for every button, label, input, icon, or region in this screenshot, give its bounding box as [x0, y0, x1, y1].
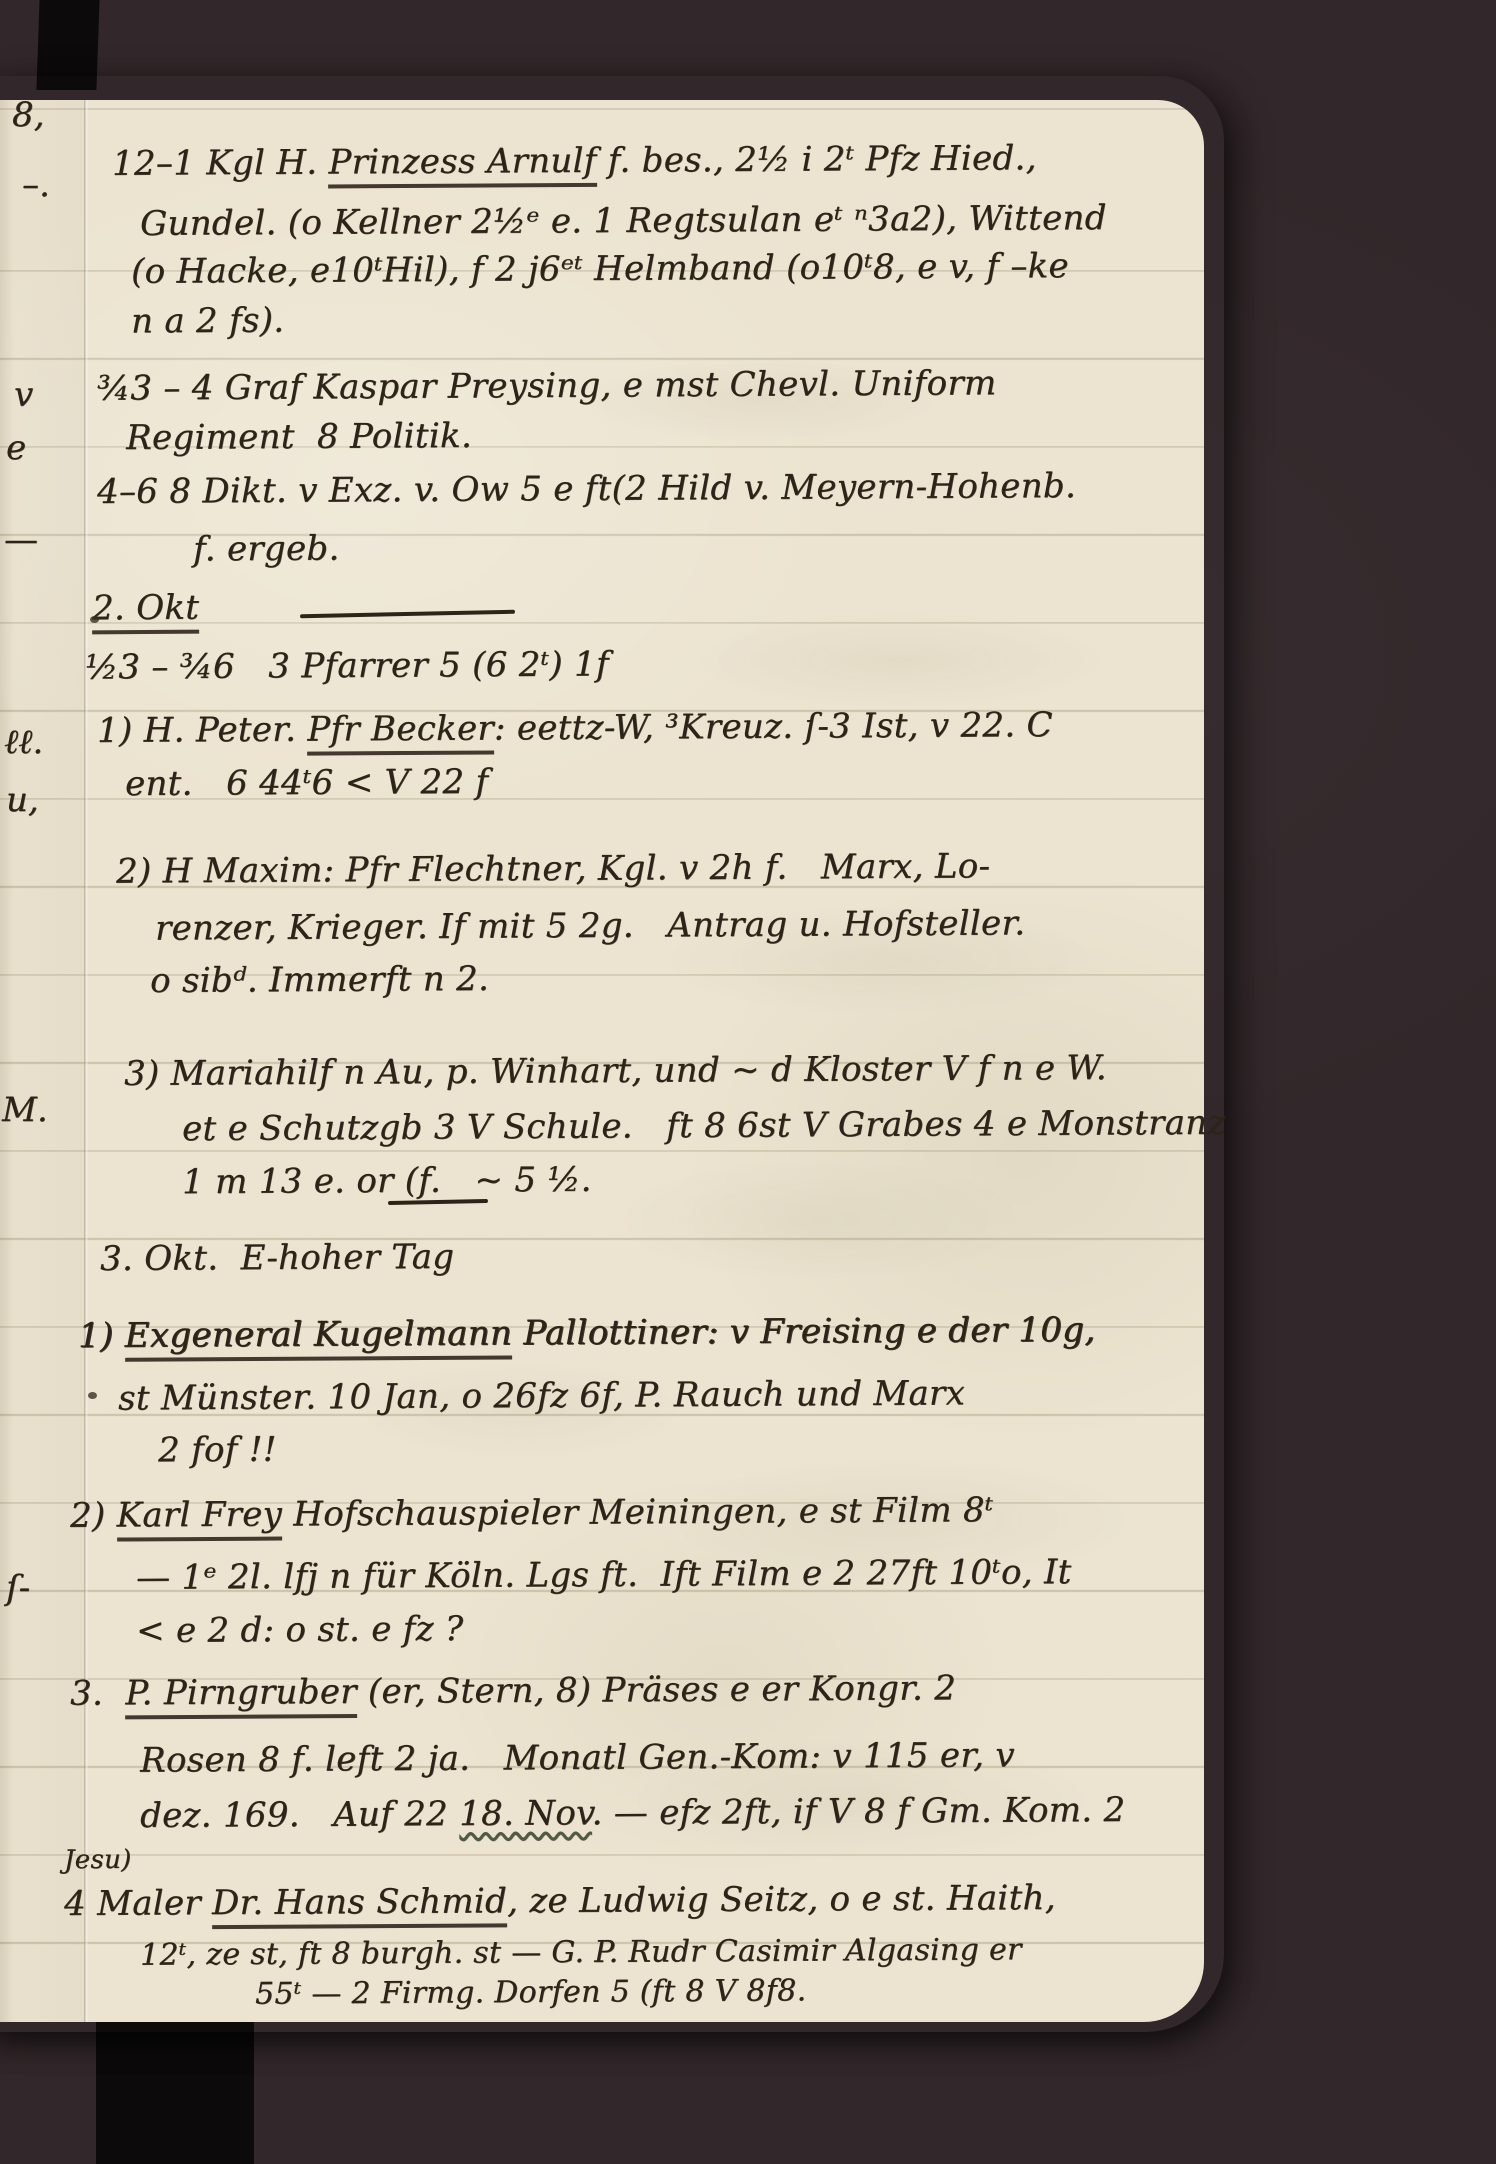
manuscript-line: 4–6 8 Dikt. v Exz. v. Ow 5 e ft(2 Hild v… [97, 468, 1076, 511]
manuscript-line: 1 m 13 e. or (f. ~ 5 ½. [182, 1162, 592, 1202]
manuscript-line: 4 Maler Dr. Hans Schmid, ze Ludwig Seitz… [64, 1880, 1056, 1923]
handwriting-text: 55ᵗ — 2 Firmg. Dorfen 5 (ft 8 V 8f8. [255, 1973, 807, 2011]
underlined-name: 18. Nov [459, 1793, 592, 1834]
handwriting-text: (o Hacke, e10ᵗHil), f 2 j6ᵉᵗ Helmband (o… [131, 246, 1069, 292]
handwriting-text: , ze Ludwig Seitz, o e st. Haith, [507, 1878, 1056, 1921]
manuscript-line: 3) Mariahilf n Au, p. Winhart, und ~ d K… [124, 1050, 1107, 1093]
ink-rule [388, 1199, 488, 1205]
underlined-name: Karl Frey [116, 1495, 282, 1542]
handwriting-text: — 1ᵉ 2l. lfj n für Köln. Lgs ft. Ift Fil… [136, 1552, 1072, 1598]
underlined-name: Prinzess Arnulf [328, 141, 596, 189]
manuscript-line: 1) H. Peter. Pfr Becker: eettz-W, ³Kreuz… [97, 707, 1053, 750]
handwriting-text: 1) [78, 1316, 125, 1356]
manuscript-line: — 1ᵉ 2l. lfj n für Köln. Lgs ft. Ift Fil… [136, 1554, 1072, 1597]
manuscript-line: 12ᵗ, ze st, ft 8 burgh. st — G. P. Rudr … [140, 1933, 1022, 1971]
handwriting-text: 2) H Maxim: Pfr Flechtner, Kgl. v 2h f. … [116, 846, 990, 891]
heading-2-okt: 2. Okt [92, 590, 199, 628]
handwriting-text: 3) Mariahilf n Au, p. Winhart, und ~ d K… [124, 1048, 1107, 1094]
handwriting-text: 2) [70, 1496, 117, 1536]
handwriting-layer: 12–1 Kgl H. Prinzess Arnulf f. bes., 2½ … [0, 0, 1496, 2164]
ink-dot [90, 616, 99, 623]
manuscript-line: ½3 – ¾6 3 Pfarrer 5 (6 2ᵗ) 1f [85, 646, 609, 687]
ink-rule [300, 610, 515, 619]
manuscript-line: f. ergeb. [193, 531, 340, 569]
margin-fragment: u, [6, 780, 39, 820]
handwriting-text: ¾3 – 4 Graf Kaspar Preysing, e mst Chevl… [97, 363, 997, 408]
manuscript-line: et e Schutzgb 3 V Schule. ft 8 6st V Gra… [182, 1105, 1226, 1149]
underlined-name: 2. Okt [92, 588, 199, 635]
handwriting-text: 12ᵗ, ze st, ft 8 burgh. st — G. P. Rudr … [140, 1932, 1022, 1972]
margin-fragment: ſ- [6, 1568, 30, 1608]
handwriting-text: . — efz 2ft, if V 8 f Gm. Kom. 2 [591, 1790, 1125, 1833]
manuscript-line: 1) Exgeneral Kugelmann Pallottiner: v Fr… [78, 1312, 1095, 1356]
manuscript-line: 2) H Maxim: Pfr Flechtner, Kgl. v 2h f. … [116, 848, 990, 891]
ink-dot [88, 1392, 97, 1399]
manuscript-line: 55ᵗ — 2 Firmg. Dorfen 5 (ft 8 V 8f8. [255, 1974, 807, 2010]
handwriting-text: 12–1 Kgl H. [112, 143, 329, 184]
margin-word-jesu: Jesu) [64, 1846, 132, 1875]
manuscript-line: Regiment 8 Politik. [126, 418, 472, 458]
handwriting-text: 1) H. Peter. [97, 710, 308, 751]
manuscript-line: o sibᵈ. Immerft n 2. [150, 961, 489, 1000]
handwriting-text: n a 2 fs). [131, 301, 285, 342]
handwriting-text: st Münster. 10 Jan, o 26fz 6f, P. Rauch … [118, 1373, 965, 1418]
handwriting-text: f. ergeb. [193, 529, 340, 570]
handwriting-text: : eettz-W, ³Kreuz. ſ-3 Ist, v 22. C [494, 705, 1053, 748]
handwriting-text: dez. 169. Auf 22 [140, 1794, 459, 1836]
photo-backdrop: 12–1 Kgl H. Prinzess Arnulf f. bes., 2½ … [0, 0, 1496, 2164]
manuscript-line: st Münster. 10 Jan, o 26fz 6f, P. Rauch … [118, 1375, 965, 1418]
handwriting-text: ½3 – ¾6 3 Pfarrer 5 (6 2ᵗ) 1f [85, 644, 609, 687]
manuscript-line: < e 2 d: o st. e fz ? [136, 1611, 464, 1650]
margin-fragment: –. [22, 165, 50, 205]
handwriting-text: f. bes., 2½ i 2ᵗ Pfz Hied., [596, 138, 1036, 181]
handwriting-text: Regiment 8 Politik. [126, 416, 472, 458]
margin-fragment: v [14, 375, 33, 415]
handwriting-text: 1 m 13 e. or (f. ~ 5 ½. [182, 1160, 592, 1203]
handwriting-text: Rosen 8 f. left 2 ja. Monatl Gen.-Kom: v… [140, 1735, 1015, 1780]
handwriting-text: (er, Stern, 8) Präses e er Kongr. 2 [357, 1668, 957, 1712]
margin-fragment: M. [2, 1090, 48, 1130]
handwriting-text: Hofschauspieler Meiningen, e st Film 8ᵗ [282, 1490, 994, 1534]
margin-fragment: e [6, 428, 26, 468]
underlined-name: Dr. Hans Schmid [212, 1881, 507, 1929]
handwriting-text: renzer, Krieger. If mit 5 2g. Antrag u. … [155, 903, 1026, 948]
handwriting-text: et e Schutzgb 3 V Schule. ft 8 6st V Gra… [182, 1103, 1226, 1149]
manuscript-line: ent. 6 44ᵗ6 < V 22 f [125, 764, 489, 804]
handwriting-text: < e 2 d: o st. e fz ? [136, 1609, 464, 1651]
margin-fragment: ℓℓ. [4, 722, 43, 762]
manuscript-line: Rosen 8 f. left 2 ja. Monatl Gen.-Kom: v… [140, 1737, 1015, 1780]
manuscript-line: 2) Karl Frey Hofschauspieler Meiningen, … [70, 1492, 994, 1535]
manuscript-line: dez. 169. Auf 22 18. Nov. — efz 2ft, if … [140, 1792, 1126, 1835]
handwriting-text: 3. [70, 1673, 126, 1713]
underlined-name: P. Pirngruber [125, 1672, 357, 1719]
manuscript-line: (o Hacke, e10ᵗHil), f 2 j6ᵉᵗ Helmband (o… [131, 248, 1069, 291]
manuscript-line: n a 2 fs). [131, 303, 285, 341]
underlined-name: Exgeneral Kugelmann [124, 1313, 512, 1361]
handwriting-text: 2 fof !! [158, 1430, 277, 1471]
handwriting-text: 4 Maler [64, 1883, 212, 1924]
handwriting-text: 3. Okt. E-hoher Tag [100, 1237, 455, 1279]
handwriting-text: Gundel. (o Kellner 2½ᵉ e. 1 Regtsulan eᵗ… [140, 198, 1107, 244]
manuscript-line: 2 fof !! [158, 1432, 277, 1470]
handwriting-text: Pallottiner: v Freising e der 10g, [512, 1310, 1095, 1354]
handwriting-text: 4–6 8 Dikt. v Exz. v. Ow 5 e ft(2 Hild v… [97, 466, 1076, 512]
margin-fragment: 8, [12, 95, 44, 135]
manuscript-line: renzer, Krieger. If mit 5 2g. Antrag u. … [155, 905, 1026, 948]
manuscript-line: ¾3 – 4 Graf Kaspar Preysing, e mst Chevl… [97, 365, 997, 408]
margin-fragment: — [4, 520, 38, 560]
manuscript-line: 3. P. Pirngruber (er, Stern, 8) Präses e… [70, 1670, 956, 1713]
underlined-name: Pfr Becker [307, 708, 494, 755]
manuscript-line: 12–1 Kgl H. Prinzess Arnulf f. bes., 2½ … [112, 140, 1037, 183]
handwriting-text: ent. 6 44ᵗ6 < V 22 f [125, 762, 489, 804]
heading-3-okt: 3. Okt. E-hoher Tag [100, 1239, 455, 1279]
manuscript-line: Gundel. (o Kellner 2½ᵉ e. 1 Regtsulan eᵗ… [140, 200, 1107, 243]
handwriting-text: Jesu) [64, 1845, 132, 1875]
handwriting-text: o sibᵈ. Immerft n 2. [150, 959, 489, 1001]
